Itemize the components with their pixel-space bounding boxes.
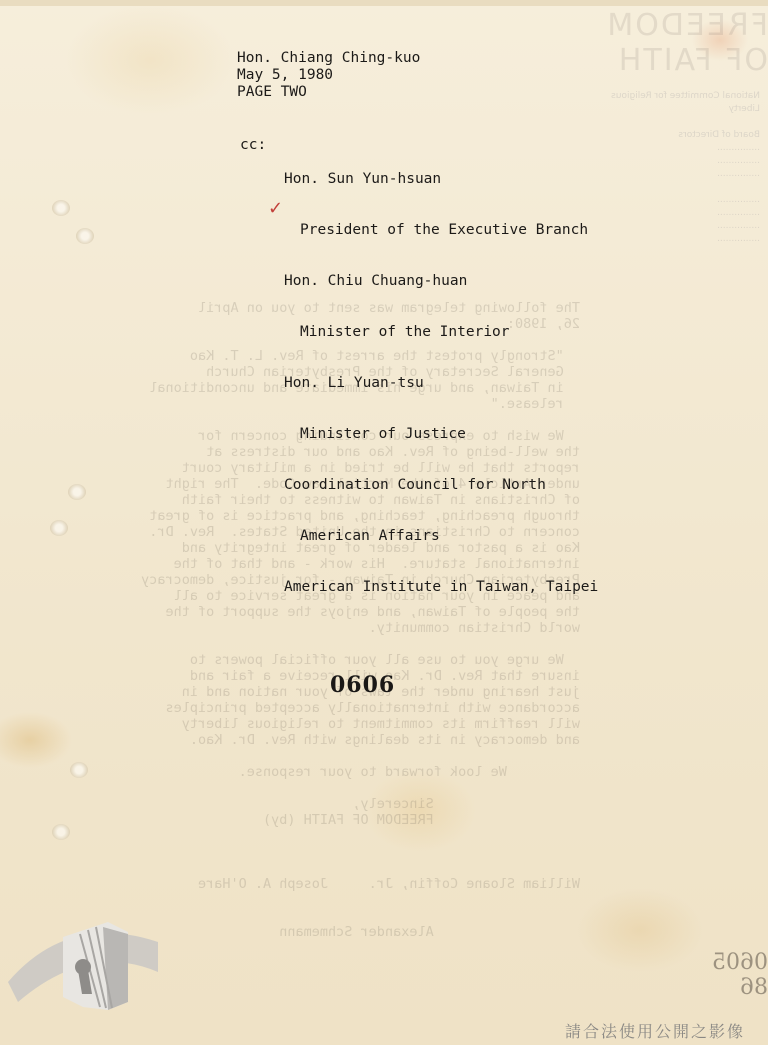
- letter-date: May 5, 1980: [237, 67, 420, 84]
- punch-hole: [52, 200, 70, 216]
- red-check-mark-icon: ✓: [268, 198, 283, 219]
- cc-recipient-name: Hon. Sun Yun-hsuan: [284, 171, 598, 188]
- bleed-through-letterhead: FREEDOM OF FAITH: [600, 8, 768, 78]
- handwritten-page-number: 0605 86: [690, 950, 768, 1000]
- cc-recipient-title: Minister of Justice: [284, 426, 598, 443]
- document-page: FREEDOM OF FAITH National Committee for …: [0, 0, 768, 1045]
- punch-hole: [68, 484, 86, 500]
- cc-recipient-title: American Affairs: [284, 528, 598, 545]
- archive-number-stamp: 0606: [330, 672, 395, 698]
- archive-book-keyhole-icon: [8, 912, 158, 1012]
- public-use-notice: 請合法使用公開之影像: [565, 1019, 745, 1042]
- punch-hole: [70, 762, 88, 778]
- letter-header: Hon. Chiang Ching-kuoMay 5, 1980PAGE TWO: [237, 50, 420, 101]
- cc-recipient-name: American Institute in Taiwan, Taipei: [284, 579, 598, 596]
- page-top-edge: [0, 0, 768, 6]
- punch-hole: [52, 824, 70, 840]
- cc-recipient-title: President of the Executive Branch: [284, 222, 598, 239]
- addressee: Hon. Chiang Ching-kuo: [237, 50, 420, 67]
- punch-hole: [76, 228, 94, 244]
- cc-label: cc:: [240, 137, 266, 154]
- page-label: PAGE TWO: [237, 84, 420, 101]
- cc-recipient-name: Hon. Li Yuan-tsu: [284, 375, 598, 392]
- cc-recipient-name: Hon. Chiu Chuang-huan: [284, 273, 598, 290]
- cc-recipient-list: Hon. Sun Yun-hsuan President of the Exec…: [284, 137, 598, 630]
- cc-recipient-name: Coordination Council for North: [284, 477, 598, 494]
- punch-hole: [50, 520, 68, 536]
- bleed-through-sidebar: National Committee for Religious Liberty…: [600, 90, 760, 246]
- cc-recipient-title: Minister of the Interior: [284, 324, 598, 341]
